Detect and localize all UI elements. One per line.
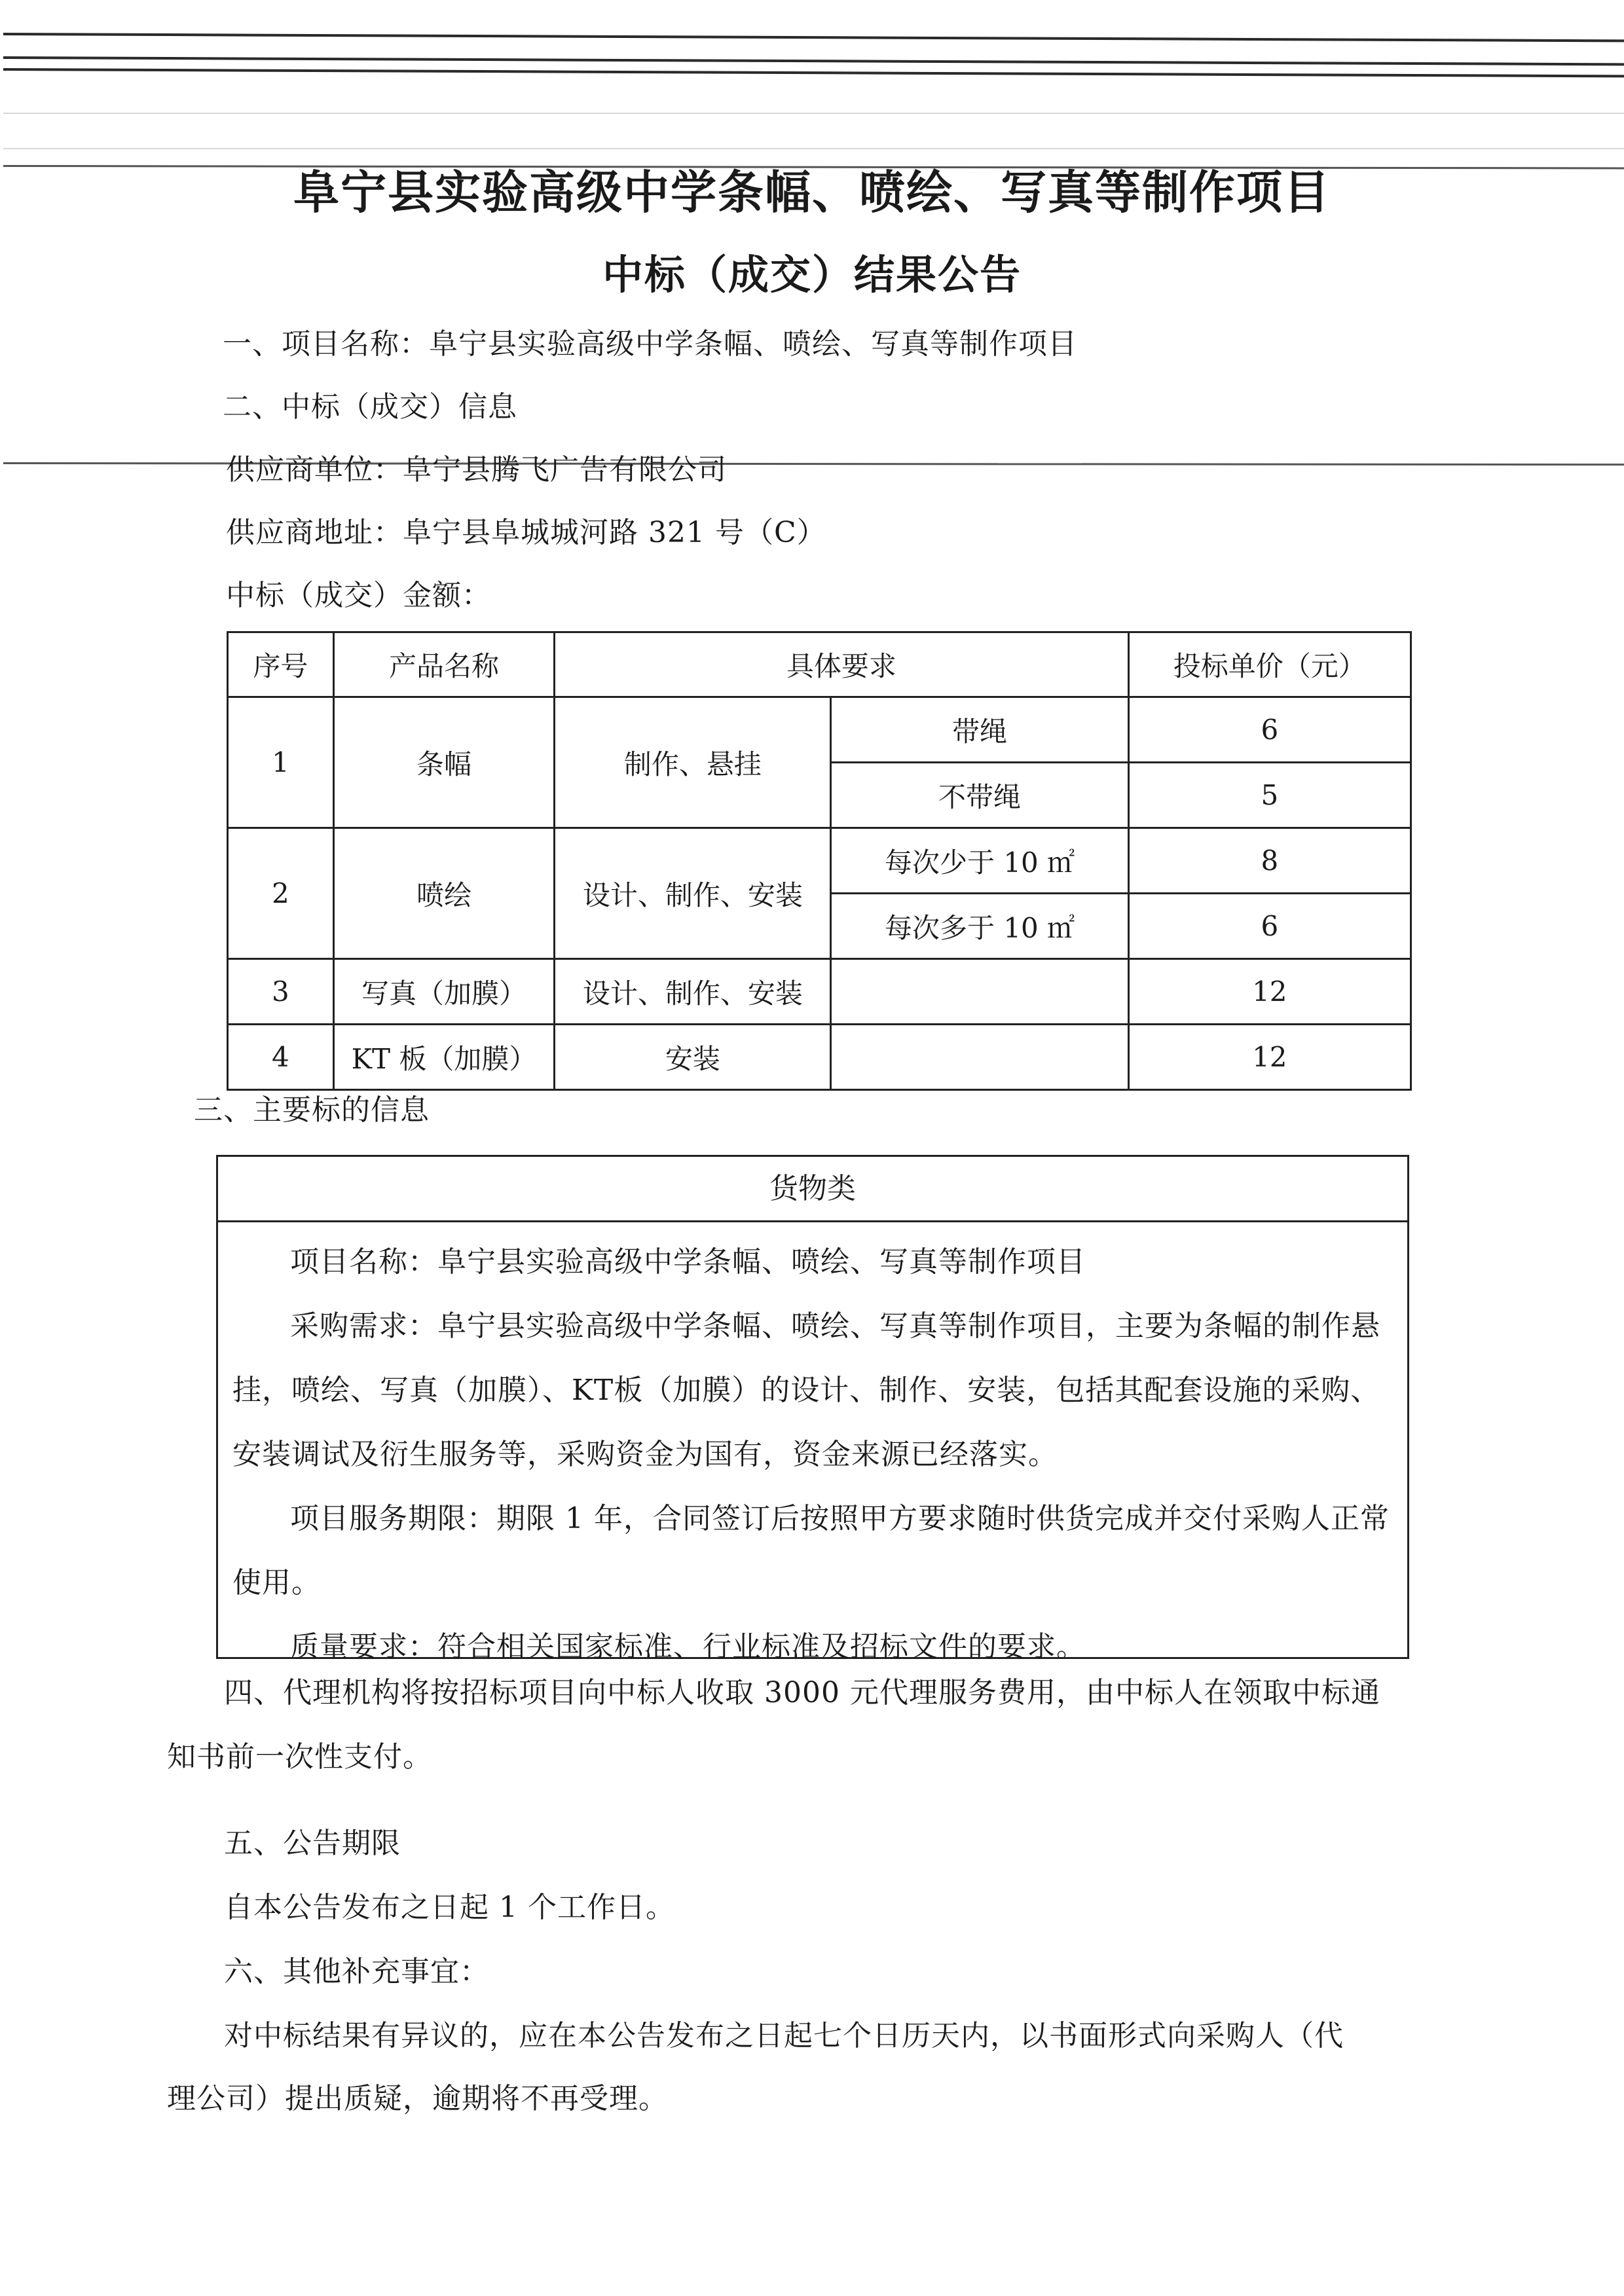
cell-product: KT 板（加膜） <box>333 1025 554 1090</box>
other-matters-heading: 六、其他补充事宜： <box>224 1955 489 1989</box>
cell-spec <box>831 959 1128 1025</box>
table-row: 3 写真（加膜） 设计、制作、安装 12 <box>228 959 1411 1025</box>
notice-period-text: 自本公告发布之日起 1 个工作日。 <box>224 1891 675 1925</box>
cell-seq: 2 <box>228 828 334 959</box>
scan-artifact-line <box>3 113 1624 114</box>
cell-spec: 每次多于 10 ㎡ <box>831 894 1128 959</box>
subject-info-box: 货物类 项目名称：阜宁县实验高级中学条幅、喷绘、写真等制作项目 采购需求：阜宁县… <box>216 1155 1409 1659</box>
document-subtitle: 中标（成交）结果公告 <box>0 242 1624 301</box>
cell-price: 6 <box>1128 697 1411 763</box>
table-row: 1 条幅 制作、悬挂 带绳 6 <box>228 697 1411 763</box>
cell-product: 条幅 <box>333 697 554 828</box>
agency-fee-line-2: 知书前一次性支付。 <box>167 1740 432 1774</box>
objection-line-1: 对中标结果有异议的，应在本公告发布之日起七个日历天内，以书面形式向采购人（代 <box>224 2019 1344 2053</box>
subject-procurement-need: 采购需求：阜宁县实验高级中学条幅、喷绘、写真等制作项目，主要为条幅的制作悬挂，喷… <box>232 1294 1393 1487</box>
cell-price: 6 <box>1128 894 1411 959</box>
table-row: 4 KT 板（加膜） 安装 12 <box>228 1025 1411 1090</box>
project-name-line: 一、项目名称：阜宁县实验高级中学条幅、喷绘、写真等制作项目 <box>223 327 1077 361</box>
cell-spec: 每次少于 10 ㎡ <box>831 828 1128 894</box>
cell-spec: 带绳 <box>831 697 1128 763</box>
cell-price: 5 <box>1128 763 1411 828</box>
cell-seq: 4 <box>228 1025 334 1090</box>
subject-quality: 质量要求：符合相关国家标准、行业标准及招标文件的要求。 <box>232 1615 1393 1679</box>
cell-requirement: 安装 <box>555 1025 831 1090</box>
table-row: 2 喷绘 设计、制作、安装 每次少于 10 ㎡ 8 <box>228 828 1411 894</box>
document-title: 阜宁县实验高级中学条幅、喷绘、写真等制作项目 <box>0 156 1624 222</box>
cell-spec: 不带绳 <box>831 763 1128 828</box>
main-subject-heading: 三、主要标的信息 <box>194 1093 430 1127</box>
cell-spec <box>831 1025 1128 1090</box>
subject-info-body: 项目名称：阜宁县实验高级中学条幅、喷绘、写真等制作项目 采购需求：阜宁县实验高级… <box>218 1222 1407 1679</box>
cell-product: 喷绘 <box>333 828 554 959</box>
objection-line-2: 理公司）提出质疑，逾期将不再受理。 <box>167 2082 668 2116</box>
scan-artifact-line <box>3 33 1624 42</box>
cell-price: 12 <box>1128 959 1411 1025</box>
cell-product: 写真（加膜） <box>333 959 554 1025</box>
cell-requirement: 设计、制作、安装 <box>555 828 831 959</box>
cell-seq: 1 <box>228 697 334 828</box>
header-requirement: 具体要求 <box>555 632 1128 697</box>
header-product: 产品名称 <box>333 632 554 697</box>
supplier-address-line: 供应商地址：阜宁县阜城城河路 321 号（C） <box>226 516 826 550</box>
header-seq: 序号 <box>228 632 334 697</box>
scan-artifact-line <box>3 56 1624 65</box>
cell-price: 8 <box>1128 828 1411 894</box>
agency-fee-line-1: 四、代理机构将按招标项目向中标人收取 3000 元代理服务费用，由中标人在领取中… <box>224 1676 1380 1710</box>
scan-artifact-line <box>3 148 1624 149</box>
subject-project-name: 项目名称：阜宁县实验高级中学条幅、喷绘、写真等制作项目 <box>232 1230 1393 1294</box>
cell-requirement: 制作、悬挂 <box>555 697 831 828</box>
bid-price-table: 序号 产品名称 具体要求 投标单价（元） 1 条幅 制作、悬挂 带绳 6 不带绳… <box>227 631 1412 1091</box>
subject-service-period: 项目服务期限：期限 1 年，合同签订后按照甲方要求随时供货完成并交付采购人正常使… <box>232 1487 1393 1615</box>
award-info-heading: 二、中标（成交）信息 <box>223 390 517 424</box>
award-amount-label: 中标（成交）金额： <box>226 579 491 613</box>
cell-requirement: 设计、制作、安装 <box>555 959 831 1025</box>
cell-price: 12 <box>1128 1025 1411 1090</box>
notice-period-heading: 五、公告期限 <box>224 1827 401 1861</box>
supplier-name-line: 供应商单位：阜宁县腾飞广告有限公司 <box>226 453 727 487</box>
scan-artifact-line <box>3 68 1624 77</box>
cell-seq: 3 <box>228 959 334 1025</box>
category-header: 货物类 <box>218 1157 1407 1222</box>
header-unit-price: 投标单价（元） <box>1128 632 1411 697</box>
table-header-row: 序号 产品名称 具体要求 投标单价（元） <box>228 632 1411 697</box>
